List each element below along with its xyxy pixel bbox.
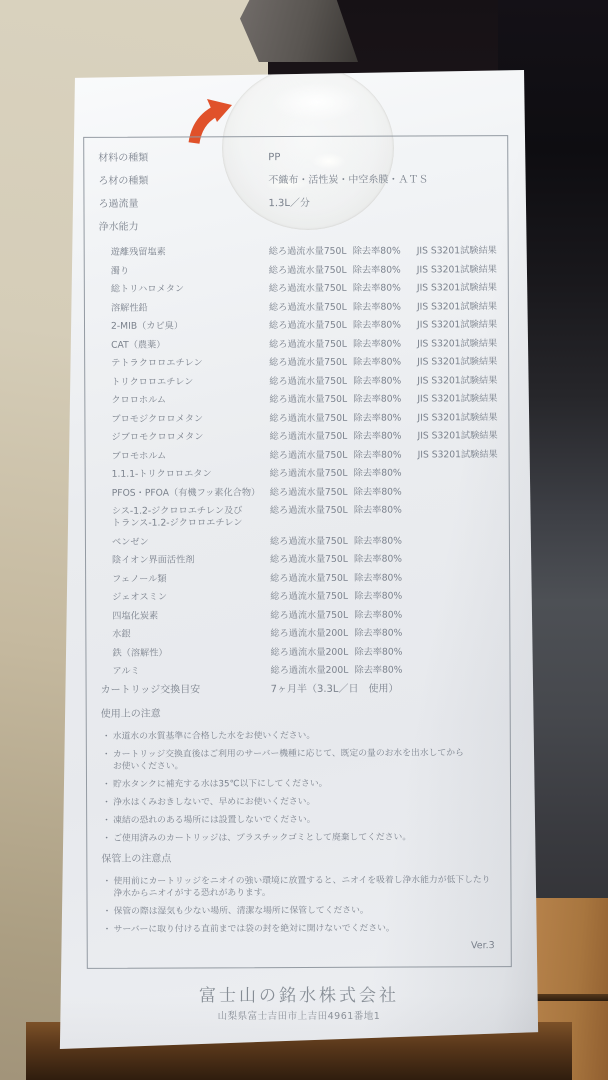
substance-name: 遊離残留塩素 bbox=[111, 246, 269, 259]
spec-value: 1.3L／分 bbox=[268, 197, 493, 210]
test-note bbox=[418, 535, 495, 547]
usage-note-item: 貯水タンクに補充する水は35℃以下にしてください。 bbox=[101, 777, 496, 791]
test-note: JIS S3201試験結果 bbox=[417, 319, 497, 331]
filtered-volume: 総ろ過流水量750L bbox=[269, 431, 353, 443]
spec-label: 材料の種類 bbox=[98, 152, 268, 165]
usage-note-item: 凍結の恐れのある場所には設置しないでください。 bbox=[101, 813, 496, 827]
capacity-row: 溶解性鉛 総ろ過流水量750L 除去率80% JIS S3201試験結果 bbox=[99, 301, 494, 315]
substance-name: 四塩化炭素 bbox=[112, 610, 270, 623]
filtered-volume: 総ろ過流水量750L bbox=[269, 394, 353, 406]
filtered-volume: 総ろ過流水量750L bbox=[269, 338, 353, 350]
removal-rate: 除去率80% bbox=[353, 264, 417, 276]
capacity-row: ジェオスミン 総ろ過流水量750L 除去率80% bbox=[100, 590, 495, 604]
company-name: 富士山の銘水株式会社 bbox=[56, 981, 542, 1006]
removal-rate: 除去率80% bbox=[354, 590, 418, 602]
filtered-volume: 総ろ過流水量750L bbox=[270, 554, 354, 566]
removal-rate: 除去率80% bbox=[354, 609, 418, 621]
capacity-row: フェノール類 総ろ過流水量750L 除去率80% bbox=[100, 572, 495, 586]
substance-name: 総トリハロメタン bbox=[111, 283, 269, 296]
substance-name: 鉄（溶解性） bbox=[112, 647, 270, 660]
filtered-volume: 総ろ過流水量200L bbox=[270, 665, 354, 677]
substance-name: アルミ bbox=[112, 665, 270, 678]
test-note: JIS S3201試験結果 bbox=[417, 412, 497, 424]
storage-note-item: 使用前にカートリッジをニオイの強い環境に放置すると、ニオイを吸着し浄水能力が低下… bbox=[101, 874, 496, 900]
filtered-volume: 総ろ過流水量750L bbox=[269, 264, 353, 276]
storage-note-text: サーバーに取り付ける直前までは袋の封を絶対に開けないでください。 bbox=[114, 923, 395, 934]
test-note: JIS S3201試験結果 bbox=[418, 449, 498, 461]
filtered-volume: 総ろ過流水量750L bbox=[269, 301, 353, 313]
substance-name: シス-1.2-ジクロロエチレン及び トランス-1.2-ジクロロエチレン bbox=[112, 505, 270, 530]
spec-label: ろ材の種類 bbox=[98, 175, 268, 188]
removal-rate: 除去率80% bbox=[353, 338, 417, 350]
substance-name: フェノール類 bbox=[112, 573, 270, 586]
substance-name: 2-MIB（カビ臭） bbox=[111, 320, 269, 333]
test-note bbox=[418, 553, 495, 565]
capacity-row: 濁り 総ろ過流水量750L 除去率80% JIS S3201試験結果 bbox=[99, 264, 494, 278]
substance-name: 陰イオン界面活性剤 bbox=[112, 554, 270, 567]
filtered-volume: 総ろ過流水量750L bbox=[269, 320, 353, 332]
test-note: JIS S3201試験結果 bbox=[417, 245, 497, 257]
substance-name: CAT（農薬） bbox=[111, 339, 269, 352]
substance-name: ブロモジクロロメタン bbox=[111, 413, 269, 426]
storage-notes-title: 保管上の注意点 bbox=[101, 852, 496, 866]
capacity-section-title: 浄水能力 bbox=[99, 220, 494, 234]
removal-rate: 除去率80% bbox=[353, 393, 417, 405]
removal-rate: 除去率80% bbox=[354, 467, 418, 479]
filtered-volume: 総ろ過流水量750L bbox=[269, 283, 353, 295]
spec-label-panel: 材料の種類 PP ろ材の種類 不織布・活性炭・中空糸膜・ＡＴＳ ろ過流量 1.3… bbox=[83, 135, 512, 969]
capacity-row: 遊離残留塩素 総ろ過流水量750L 除去率80% JIS S3201試験結果 bbox=[99, 245, 494, 259]
company-address: 山梨県富士吉田市上吉田4961番地1 bbox=[56, 1008, 542, 1022]
test-note bbox=[418, 609, 495, 621]
filtered-volume: 総ろ過流水量750L bbox=[270, 486, 354, 498]
capacity-row: 水銀 総ろ過流水量200L 除去率80% bbox=[100, 627, 495, 641]
version-text: Ver.3 bbox=[102, 940, 497, 953]
test-note: JIS S3201試験結果 bbox=[417, 356, 497, 368]
spec-row: ろ材の種類 不織布・活性炭・中空糸膜・ＡＴＳ bbox=[98, 174, 493, 188]
removal-rate: 除去率80% bbox=[354, 553, 418, 565]
capacity-row: PFOS・PFOA（有機フッ素化合物） 総ろ過流水量750L 除去率80% bbox=[100, 486, 495, 500]
spec-row: 材料の種類 PP bbox=[98, 151, 493, 165]
test-note bbox=[418, 664, 495, 676]
test-note: JIS S3201試験結果 bbox=[417, 301, 497, 313]
capacity-row: 2-MIB（カビ臭） 総ろ過流水量750L 除去率80% JIS S3201試験… bbox=[99, 319, 494, 333]
test-note bbox=[418, 467, 495, 479]
usage-note-text: 貯水タンクに補充する水は35℃以下にしてください。 bbox=[113, 778, 327, 789]
capacity-row: ベンゼン 総ろ過流水量750L 除去率80% bbox=[100, 535, 495, 549]
spec-value: PP bbox=[268, 151, 493, 164]
substance-name: ブロモホルム bbox=[112, 450, 270, 463]
substance-name: クロロホルム bbox=[111, 394, 269, 407]
removal-rate: 除去率80% bbox=[353, 430, 417, 442]
removal-rate: 除去率80% bbox=[354, 627, 418, 639]
capacity-row: クロロホルム 総ろ過流水量750L 除去率80% JIS S3201試験結果 bbox=[99, 393, 494, 407]
test-note: JIS S3201試験結果 bbox=[417, 264, 497, 276]
capacity-row: ジブロモクロロメタン 総ろ過流水量750L 除去率80% JIS S3201試験… bbox=[99, 430, 494, 444]
test-note bbox=[418, 504, 495, 528]
capacity-row: アルミ 総ろ過流水量200L 除去率80% bbox=[100, 664, 495, 678]
cartridge-label: カートリッジ交換目安 bbox=[101, 684, 271, 697]
usage-note-text: ご使用済みのカートリッジは、プラスチックゴミとして廃棄してください。 bbox=[113, 832, 411, 843]
substance-name: 水銀 bbox=[112, 628, 270, 641]
storage-note-item: 保管の際は湿気も少ない場所、清潔な場所に保管してください。 bbox=[102, 904, 497, 918]
removal-rate: 除去率80% bbox=[354, 664, 418, 676]
storage-note-text: 使用前にカートリッジをニオイの強い環境に放置すると、ニオイを吸着し浄水能力が低下… bbox=[113, 875, 490, 899]
substance-name: PFOS・PFOA（有機フッ素化合物） bbox=[112, 487, 270, 500]
removal-rate: 除去率80% bbox=[353, 356, 417, 368]
removal-rate: 除去率80% bbox=[354, 486, 418, 498]
spec-row: ろ過流量 1.3L／分 bbox=[98, 197, 493, 211]
usage-note-text: 水道水の水質基準に合格した水をお使いください。 bbox=[113, 730, 315, 741]
filtered-volume: 総ろ過流水量750L bbox=[269, 412, 353, 424]
usage-note-text: カートリッジ交換直後はご利用のサーバー機種に応じて、既定の量のお水を出水してから… bbox=[113, 748, 464, 772]
test-note: JIS S3201試験結果 bbox=[417, 430, 497, 442]
filtered-volume: 総ろ過流水量750L bbox=[269, 375, 353, 387]
substance-name: 濁り bbox=[111, 265, 269, 278]
usage-note-item: ご使用済みのカートリッジは、プラスチックゴミとして廃棄してください。 bbox=[101, 831, 496, 845]
removal-rate: 除去率80% bbox=[353, 412, 417, 424]
capacity-row: シス-1.2-ジクロロエチレン及び トランス-1.2-ジクロロエチレン 総ろ過流… bbox=[100, 504, 495, 530]
test-note bbox=[418, 627, 495, 639]
substance-name: ジェオスミン bbox=[112, 591, 270, 604]
test-note: JIS S3201試験結果 bbox=[417, 393, 497, 405]
removal-rate: 除去率80% bbox=[353, 245, 417, 257]
capacity-row: CAT（農薬） 総ろ過流水量750L 除去率80% JIS S3201試験結果 bbox=[99, 338, 494, 352]
removal-rate: 除去率80% bbox=[354, 449, 418, 461]
removal-rate: 除去率80% bbox=[353, 282, 417, 294]
filtered-volume: 総ろ過流水量750L bbox=[270, 449, 354, 461]
removal-rate: 除去率80% bbox=[353, 375, 417, 387]
removal-rate: 除去率80% bbox=[353, 319, 417, 331]
substance-name: ジブロモクロロメタン bbox=[111, 431, 269, 444]
capacity-row: 鉄（溶解性） 総ろ過流水量200L 除去率80% bbox=[100, 646, 495, 660]
capacity-row: 陰イオン界面活性剤 総ろ過流水量750L 除去率80% bbox=[100, 553, 495, 567]
test-note bbox=[418, 572, 495, 584]
filtered-volume: 総ろ過流水量750L bbox=[270, 609, 354, 621]
storage-note-item: サーバーに取り付ける直前までは袋の封を絶対に開けないでください。 bbox=[102, 922, 497, 936]
removal-rate: 除去率80% bbox=[353, 301, 417, 313]
filtered-volume: 総ろ過流水量750L bbox=[270, 572, 354, 584]
filtered-volume: 総ろ過流水量750L bbox=[270, 468, 354, 480]
removal-rate: 除去率80% bbox=[354, 535, 418, 547]
substance-name: 溶解性鉛 bbox=[111, 302, 269, 315]
usage-note-item: 水道水の水質基準に合格した水をお使いください。 bbox=[101, 729, 496, 743]
test-note: JIS S3201試験結果 bbox=[417, 338, 497, 350]
filtered-volume: 総ろ過流水量750L bbox=[270, 535, 354, 547]
capacity-row: 四塩化炭素 総ろ過流水量750L 除去率80% bbox=[100, 609, 495, 623]
usage-note-item: 浄水はくみおきしないで、早めにお使いください。 bbox=[101, 795, 496, 809]
photo-scene: 材料の種類 PP ろ材の種類 不織布・活性炭・中空糸膜・ＡＴＳ ろ過流量 1.3… bbox=[0, 0, 608, 1080]
substance-name: 1.1.1-トリクロロエタン bbox=[112, 468, 270, 481]
substance-name: ベンゼン bbox=[112, 536, 270, 549]
test-note bbox=[418, 590, 495, 602]
usage-notes-title: 使用上の注意 bbox=[101, 707, 496, 721]
substance-name: トリクロロエチレン bbox=[111, 376, 269, 389]
capacity-row: ブロモジクロロメタン 総ろ過流水量750L 除去率80% JIS S3201試験… bbox=[99, 412, 494, 426]
spec-label: ろ過流量 bbox=[98, 198, 268, 211]
spec-value: 不織布・活性炭・中空糸膜・ＡＴＳ bbox=[268, 174, 493, 187]
test-note: JIS S3201試験結果 bbox=[417, 282, 497, 294]
usage-note-text: 浄水はくみおきしないで、早めにお使いください。 bbox=[113, 796, 315, 807]
test-note bbox=[418, 646, 495, 658]
capacity-row: トリクロロエチレン 総ろ過流水量750L 除去率80% JIS S3201試験結… bbox=[99, 375, 494, 389]
filtered-volume: 総ろ過流水量200L bbox=[270, 646, 354, 658]
filtered-volume: 総ろ過流水量750L bbox=[269, 246, 353, 258]
filtered-volume: 総ろ過流水量200L bbox=[270, 628, 354, 640]
filtered-volume: 総ろ過流水量750L bbox=[269, 357, 353, 369]
removal-rate: 除去率80% bbox=[354, 504, 418, 528]
filtered-volume: 総ろ過流水量750L bbox=[270, 505, 354, 529]
removal-rate: 除去率80% bbox=[354, 572, 418, 584]
usage-note-item: カートリッジ交換直後はご利用のサーバー機種に応じて、既定の量のお水を出水してから… bbox=[101, 747, 496, 773]
test-note bbox=[418, 486, 495, 498]
capacity-row: テトラクロロエチレン 総ろ過流水量750L 除去率80% JIS S3201試験… bbox=[99, 356, 494, 370]
filtered-volume: 総ろ過流水量750L bbox=[270, 591, 354, 603]
cartridge-replacement-row: カートリッジ交換目安 7ヶ月半（3.3L／日 使用） bbox=[101, 683, 496, 697]
test-note: JIS S3201試験結果 bbox=[417, 375, 497, 387]
substance-name: テトラクロロエチレン bbox=[111, 357, 269, 370]
usage-note-text: 凍結の恐れのある場所には設置しないでください。 bbox=[113, 814, 315, 825]
capacity-row: ブロモホルム 総ろ過流水量750L 除去率80% JIS S3201試験結果 bbox=[100, 449, 495, 463]
removal-rate: 除去率80% bbox=[354, 646, 418, 658]
capacity-row: 総トリハロメタン 総ろ過流水量750L 除去率80% JIS S3201試験結果 bbox=[99, 282, 494, 296]
storage-note-text: 保管の際は湿気も少ない場所、清潔な場所に保管してください。 bbox=[114, 905, 369, 916]
cartridge-value: 7ヶ月半（3.3L／日 使用） bbox=[271, 683, 496, 696]
product-box: 材料の種類 PP ろ材の種類 不織布・活性炭・中空糸膜・ＡＴＳ ろ過流量 1.3… bbox=[56, 60, 542, 1055]
capacity-row: 1.1.1-トリクロロエタン 総ろ過流水量750L 除去率80% bbox=[100, 467, 495, 481]
